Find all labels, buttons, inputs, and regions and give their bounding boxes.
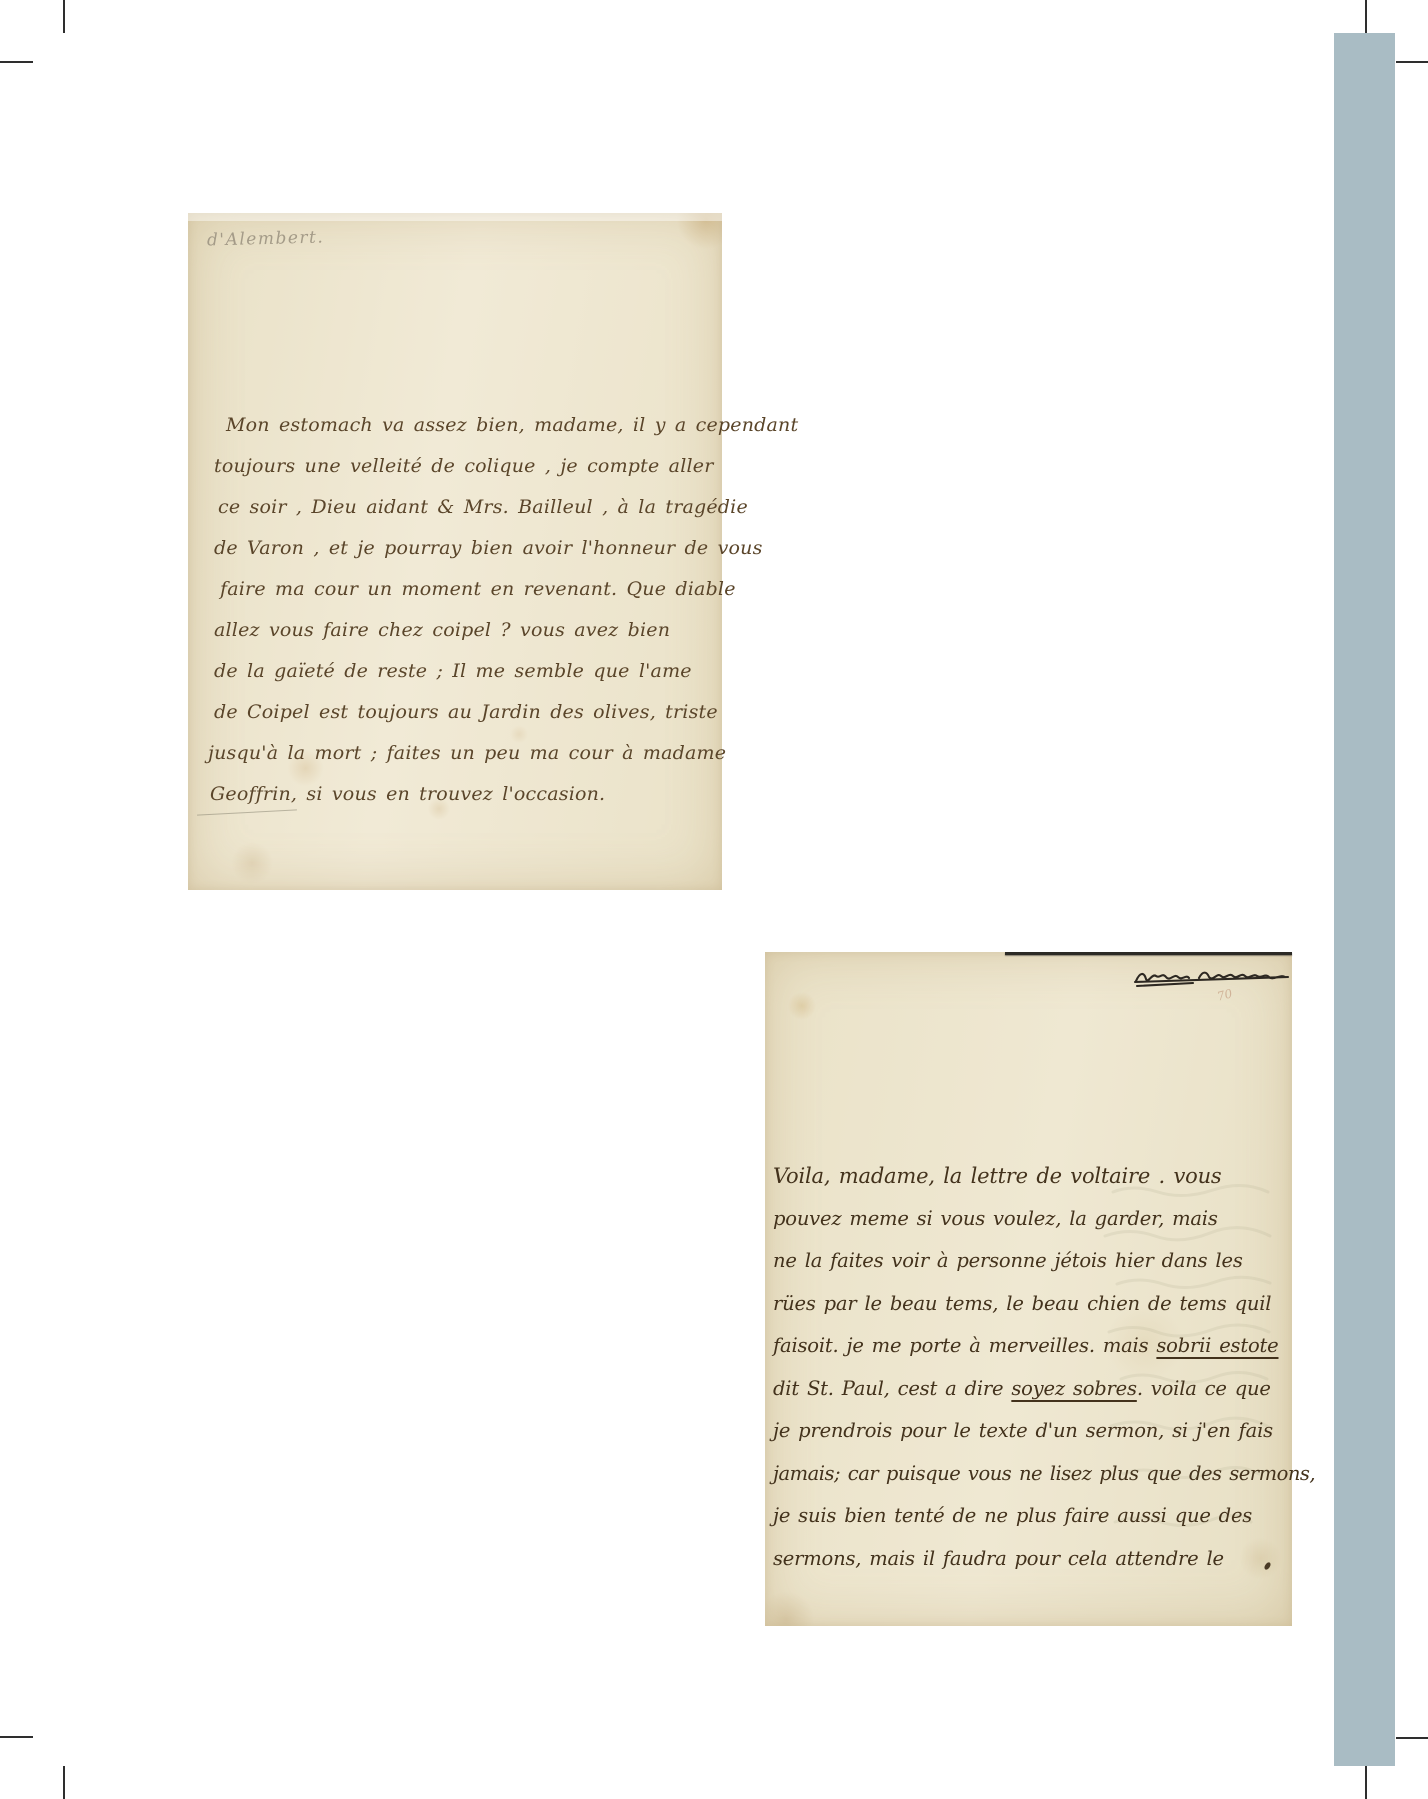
letter2-text-block: Voila, madame, la lettre de voltaire . v… [773,1155,1315,1580]
handwriting-line: je prendrois pour le texte d'un sermon, … [773,1410,1315,1453]
handwriting-line: rües par le beau tems, le beau chien de … [773,1283,1315,1326]
manuscript-letter-2: 70 Voila, madame, la lettre de voltaire … [765,952,1292,1626]
crop-mark-bottom-left-vertical [63,1766,65,1799]
handwriting-line: dit St. Paul, cest a dire soyez sobres. … [773,1368,1315,1411]
handwriting-line: jusqu'à la mort ; faites un peu ma cour … [208,733,798,774]
handwriting-line: allez vous faire chez coipel ? vous avez… [214,610,798,651]
handwriting-line: de la gaïeté de reste ; Il me semble que… [214,651,798,692]
page-edge-color-bar [1334,33,1395,1766]
handwriting-line: Geoffrin, si vous en trouvez l'occasion. [210,774,798,815]
scan-edge-shadow [1005,952,1292,955]
handwriting-line: faire ma cour un moment en revenant. Que… [220,569,798,610]
crop-mark-top-right-vertical [1365,0,1367,33]
handwriting-line: Mon estomach va assez bien, madame, il y… [226,405,798,446]
letter1-text-block: Mon estomach va assez bien, madame, il y… [214,405,798,815]
handwriting-line: toujours une velleité de colique , je co… [214,446,798,487]
crop-mark-bottom-right-horizontal [1396,1737,1428,1739]
crop-mark-bottom-right-vertical [1365,1766,1367,1799]
crop-mark-top-left-horizontal [0,61,33,63]
crop-mark-top-right-horizontal [1396,61,1428,63]
scratched-inscription [1133,965,1291,995]
handwriting-line: jamais; car puisque vous ne lisez plus q… [773,1453,1315,1496]
handwriting-line: de Varon , et je pourray bien avoir l'ho… [214,528,798,569]
crop-mark-bottom-left-horizontal [0,1736,33,1738]
handwriting-line: sermons, mais il faudra pour cela attend… [773,1538,1315,1581]
handwriting-line: je suis bien tenté de ne plus faire auss… [773,1495,1315,1538]
handwriting-line: ce soir , Dieu aidant & Mrs. Bailleul , … [218,487,798,528]
crop-mark-top-left-vertical [63,0,65,33]
handwriting-line: faisoit. je me porte à merveilles. mais … [773,1325,1315,1368]
folio-number: 70 [1216,986,1234,1003]
manuscript-letter-1: d'Alembert. Mon estomach va assez bien, … [188,213,722,890]
handwriting-line: de Coipel est toujours au Jardin des oli… [214,692,798,733]
handwriting-line: ne la faites voir à personne jétois hier… [773,1240,1315,1283]
handwriting-line: Voila, madame, la lettre de voltaire . v… [773,1155,1315,1198]
catalogue-page: d'Alembert. Mon estomach va assez bien, … [0,0,1428,1799]
pencil-annotation: d'Alembert. [207,227,325,250]
handwriting-line: pouvez meme si vous voulez, la garder, m… [773,1198,1315,1241]
